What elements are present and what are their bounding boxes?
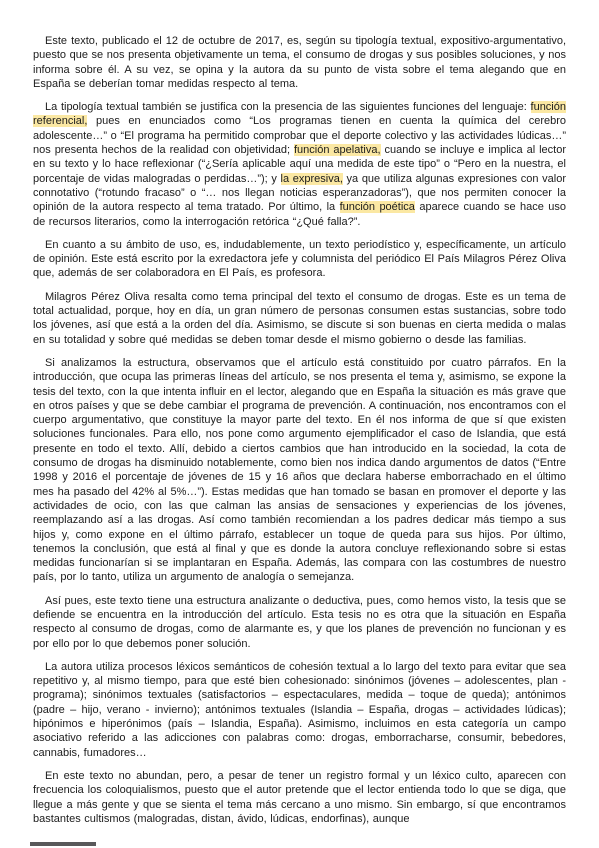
text-run: Milagros Pérez Oliva resalta como tema p… bbox=[33, 291, 566, 346]
paragraph: En este texto no abundan, pero, a pesar … bbox=[33, 769, 566, 826]
text-run: En cuanto a su ámbito de uso, es, induda… bbox=[33, 239, 566, 280]
text-run: La autora utiliza procesos léxicos semán… bbox=[33, 661, 566, 759]
paragraph: Milagros Pérez Oliva resalta como tema p… bbox=[33, 290, 566, 347]
paragraph: Si analizamos la estructura, observamos … bbox=[33, 356, 566, 585]
paragraph: Este texto, publicado el 12 de octubre d… bbox=[33, 34, 566, 91]
text-run: Así pues, este texto tiene una estructur… bbox=[33, 595, 566, 650]
highlighted-text: función apelativa, bbox=[294, 144, 381, 156]
text-run: Este texto, publicado el 12 de octubre d… bbox=[33, 35, 566, 90]
text-run: La tipología textual también se justific… bbox=[45, 101, 531, 113]
paragraph: Así pues, este texto tiene una estructur… bbox=[33, 594, 566, 651]
paragraph: En cuanto a su ámbito de uso, es, induda… bbox=[33, 238, 566, 281]
paragraph: La autora utiliza procesos léxicos semán… bbox=[33, 660, 566, 760]
page-bottom-cropped-element bbox=[30, 842, 96, 846]
paragraph: La tipología textual también se justific… bbox=[33, 100, 566, 229]
text-run: En este texto no abundan, pero, a pesar … bbox=[33, 770, 566, 825]
highlighted-text: función poética bbox=[340, 201, 415, 213]
document-body: Este texto, publicado el 12 de octubre d… bbox=[33, 34, 566, 826]
document-page: Este texto, publicado el 12 de octubre d… bbox=[0, 0, 599, 826]
text-run: Si analizamos la estructura, observamos … bbox=[33, 357, 566, 583]
highlighted-text: la expresiva, bbox=[281, 173, 343, 185]
